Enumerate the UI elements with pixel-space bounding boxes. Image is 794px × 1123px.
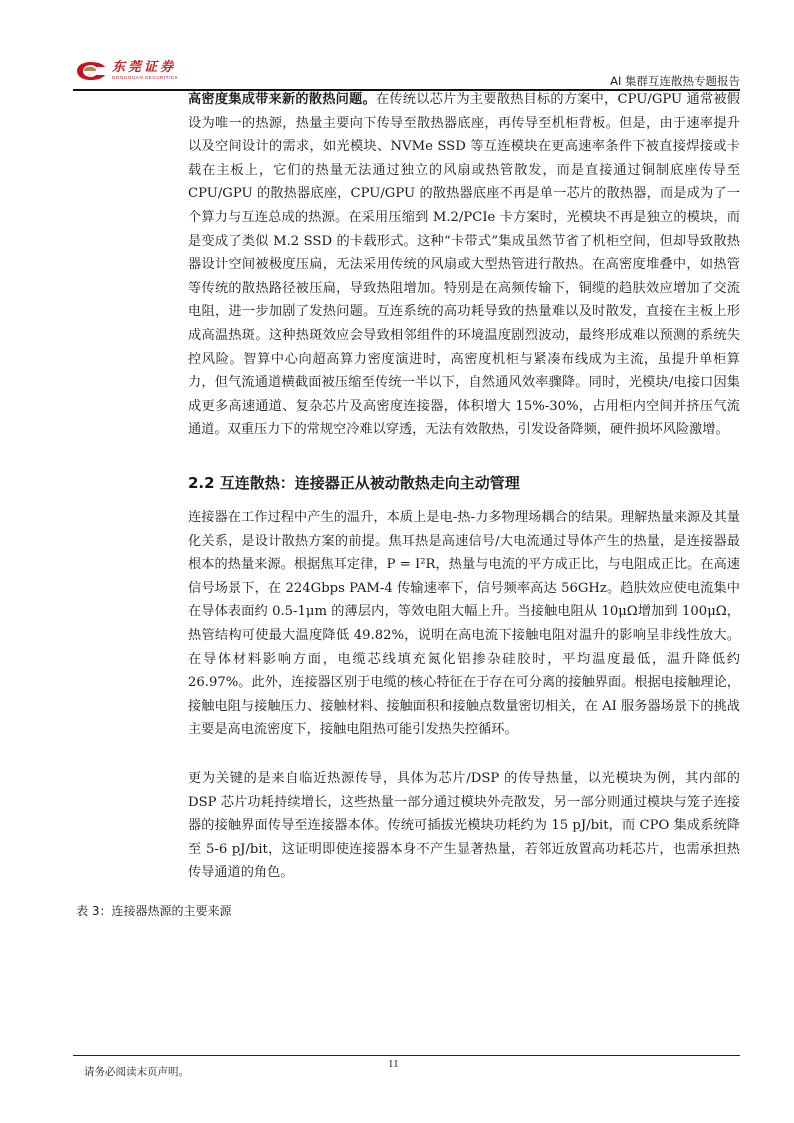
paragraph-body: 在传统以芯片为主要散热目标的方案中，CPU/GPU 通常被假设为唯一的热源，热量… [188,92,740,437]
report-title: AI 集群互连散热专题报告 [610,73,740,89]
company-logo: 东莞证券 DONGGUAN SECURITIES [76,58,178,84]
paragraph-lead: 高密度集成带来新的散热问题。 [188,92,376,107]
logo-name-cn: 东莞证券 [112,61,178,75]
section-heading: 2.2 互连散热：连接器正从被动散热走向主动管理 [188,472,520,493]
paragraph-joule-heat: 连接器在工作过程中产生的温升，本质上是电-热-力多物理场耦合的结果。理解热量来源… [188,506,740,742]
paragraph-heat-density: 高密度集成带来新的散热问题。在传统以芯片为主要散热目标的方案中，CPU/GPU … [188,88,740,442]
table-caption: 表 3：连接器热源的主要来源 [76,902,231,919]
footer-divider [73,1055,740,1056]
logo-mark-icon [76,61,106,81]
footer-disclaimer: 请务必阅读末页声明。 [84,1064,189,1079]
paragraph-adjacent-heat: 更为关键的是来自临近热源传导，具体为芯片/DSP 的传导热量，以光模块为例，其内… [188,767,740,885]
logo-name-en: DONGGUAN SECURITIES [112,75,178,81]
page-number: 11 [388,1058,399,1070]
